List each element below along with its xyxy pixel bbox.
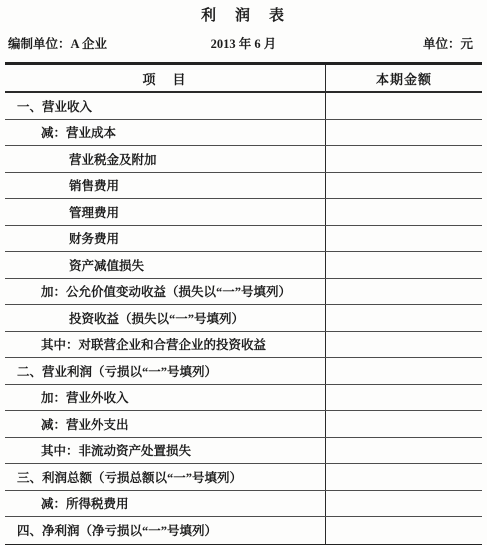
row-amount (325, 93, 482, 119)
row-amount (325, 173, 482, 199)
prepared-by-label: 编制单位：A 企业 (8, 34, 107, 52)
table-row: 四、净利润（净亏损以“一”号填列） (5, 517, 482, 544)
table-row: 减：营业成本 (5, 120, 482, 147)
row-amount (325, 146, 482, 172)
row-label: 四、净利润（净亏损以“一”号填列） (5, 517, 325, 544)
table-row: 加：公允价值变动收益（损失以“一”号填列） (5, 279, 482, 306)
row-label: 其中：非流动资产处置损失 (5, 438, 325, 464)
table-row: 减：营业外支出 (5, 411, 482, 438)
row-label: 投资收益（损失以“一”号填列） (5, 305, 325, 331)
row-label: 加：营业外收入 (5, 385, 325, 411)
table-row: 销售费用 (5, 173, 482, 200)
table-row: 其中：非流动资产处置损失 (5, 438, 482, 465)
row-amount (325, 252, 482, 278)
row-label: 一、营业收入 (5, 93, 325, 119)
row-amount (325, 305, 482, 331)
row-label: 资产减值损失 (5, 252, 325, 278)
table-row: 投资收益（损失以“一”号填列） (5, 305, 482, 332)
row-label: 减：营业外支出 (5, 411, 325, 437)
row-label: 减：所得税费用 (5, 491, 325, 517)
table-row: 减：所得税费用 (5, 491, 482, 518)
row-label: 财务费用 (5, 226, 325, 252)
page-title: 利 润 表 (0, 0, 487, 25)
income-statement-page: 利 润 表 编制单位：A 企业 2013 年 6 月 单位：元 项 目 本期金额… (0, 0, 487, 545)
table-row: 其中：对联营企业和合营企业的投资收益 (5, 332, 482, 359)
report-meta: 编制单位：A 企业 2013 年 6 月 单位：元 (0, 34, 487, 50)
report-period-label: 2013 年 6 月 (211, 34, 277, 52)
row-amount (325, 279, 482, 305)
row-label: 其中：对联营企业和合营企业的投资收益 (5, 332, 325, 358)
table-row: 一、营业收入 (5, 93, 482, 120)
table-row: 二、营业利润（亏损以“一”号填列） (5, 358, 482, 385)
row-label: 减：营业成本 (5, 120, 325, 146)
row-amount (325, 120, 482, 146)
table-row: 管理费用 (5, 199, 482, 226)
unit-label: 单位：元 (423, 34, 473, 52)
row-label: 加：公允价值变动收益（损失以“一”号填列） (5, 279, 325, 305)
row-amount (325, 385, 482, 411)
income-statement-table: 项 目 本期金额 一、营业收入 减：营业成本 营业税金及附加 销售费用 管理费用… (5, 62, 482, 545)
table-row: 营业税金及附加 (5, 146, 482, 173)
row-amount (325, 491, 482, 517)
column-header-amount: 本期金额 (325, 65, 482, 91)
table-body: 一、营业收入 减：营业成本 营业税金及附加 销售费用 管理费用 财务费用 资产减… (5, 93, 482, 544)
table-header-row: 项 目 本期金额 (5, 65, 482, 93)
row-amount (325, 464, 482, 490)
row-amount (325, 199, 482, 225)
column-header-item: 项 目 (5, 65, 325, 91)
row-label: 管理费用 (5, 199, 325, 225)
row-amount (325, 438, 482, 464)
table-row: 资产减值损失 (5, 252, 482, 279)
row-label: 营业税金及附加 (5, 146, 325, 172)
row-amount (325, 411, 482, 437)
row-amount (325, 358, 482, 384)
row-label: 销售费用 (5, 173, 325, 199)
table-row: 加：营业外收入 (5, 385, 482, 412)
row-label: 二、营业利润（亏损以“一”号填列） (5, 358, 325, 384)
table-row: 财务费用 (5, 226, 482, 253)
row-label: 三、利润总额（亏损总额以“一”号填列） (5, 464, 325, 490)
row-amount (325, 517, 482, 544)
table-row: 三、利润总额（亏损总额以“一”号填列） (5, 464, 482, 491)
row-amount (325, 332, 482, 358)
row-amount (325, 226, 482, 252)
